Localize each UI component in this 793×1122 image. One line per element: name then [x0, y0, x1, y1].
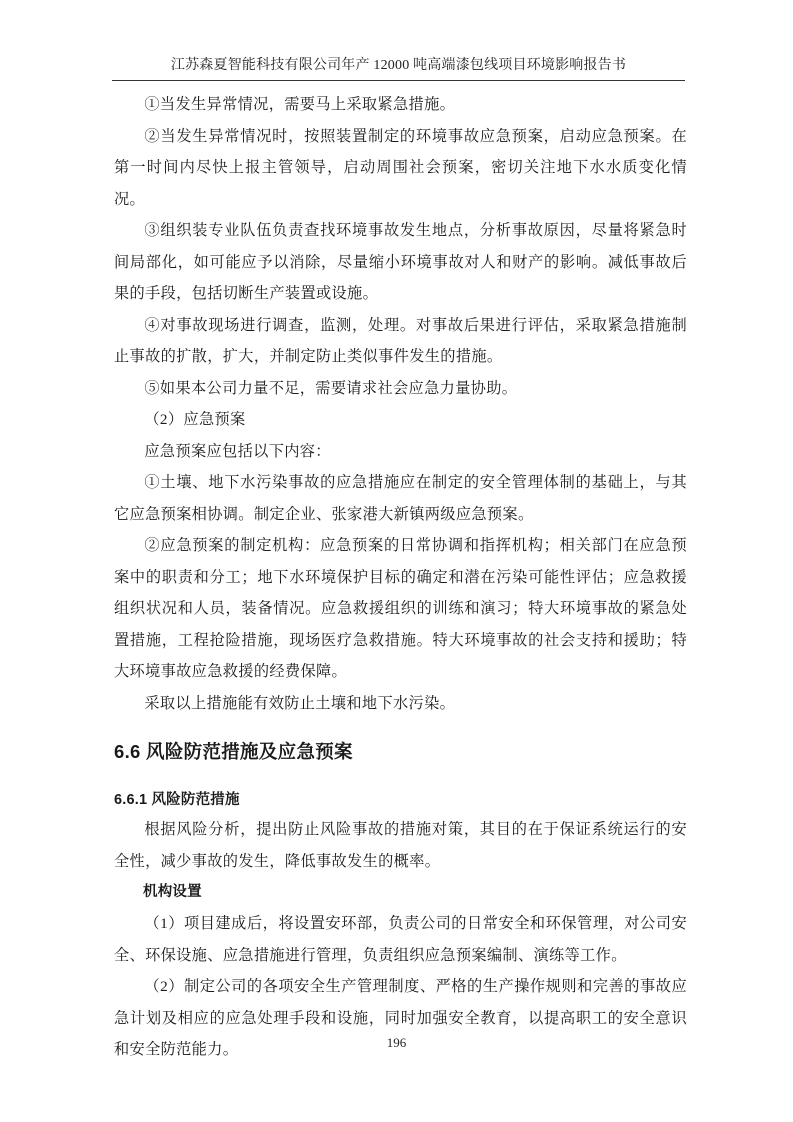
paragraph-emergency-step-3: ③组织装专业队伍负责查找环境事故发生地点，分析事故原因，尽量将紧急时间局部化，如…	[114, 215, 687, 310]
paragraph-emergency-step-1: ①当发生异常情况，需要马上采取紧急措施。	[114, 89, 687, 121]
paragraph-emergency-plan-item-1: ①土壤、地下水污染事故的应急措施应在制定的安全管理体制的基础上，与其它应急预案相…	[114, 467, 687, 530]
paragraph-emergency-step-4: ④对事故现场进行调查，监测，处理。对事故后果进行评估，采取紧急措施制止事故的扩散…	[114, 310, 687, 373]
paragraph-risk-intro: 根据风险分析，提出防止风险事故的措施对策，其目的在于保证系统运行的安全性，减少事…	[114, 814, 687, 877]
header-divider	[112, 80, 685, 81]
paragraph-org-item-2: （2）制定公司的各项安全生产管理制度、严格的生产操作规则和完善的事故应急计划及相…	[114, 971, 687, 1066]
section-heading-6-6-1: 6.6.1 风险防范措施	[114, 788, 687, 812]
page-number: 196	[0, 1035, 793, 1051]
paragraph-emergency-plan-conclusion: 采取以上措施能有效防止土壤和地下水污染。	[114, 688, 687, 720]
paragraph-emergency-step-5: ⑤如果本公司力量不足，需要请求社会应急力量协助。	[114, 373, 687, 405]
paragraph-emergency-plan-intro: 应急预案应包括以下内容：	[114, 436, 687, 468]
heading-org-setup: 机构设置	[114, 877, 687, 908]
document-body: ①当发生异常情况，需要马上采取紧急措施。 ②当发生异常情况时，按照装置制定的环境…	[114, 89, 687, 1066]
paragraph-emergency-step-2: ②当发生异常情况时，按照装置制定的环境事故应急预案，启动应急预案。在第一时间内尽…	[114, 121, 687, 216]
running-header: 江苏森夏智能科技有限公司年产 12000 吨高端漆包线项目环境影响报告书	[112, 56, 685, 76]
paragraph-emergency-plan-item-2: ②应急预案的制定机构：应急预案的日常协调和指挥机构；相关部门在应急预案中的职责和…	[114, 530, 687, 688]
paragraph-org-item-1: （1）项目建成后，将设置安环部，负责公司的日常安全和环保管理，对公司安全、环保设…	[114, 908, 687, 971]
subsection-heading-emergency-plan: （2）应急预案	[114, 404, 687, 436]
section-heading-6-6: 6.6 风险防范措施及应急预案	[114, 738, 687, 766]
